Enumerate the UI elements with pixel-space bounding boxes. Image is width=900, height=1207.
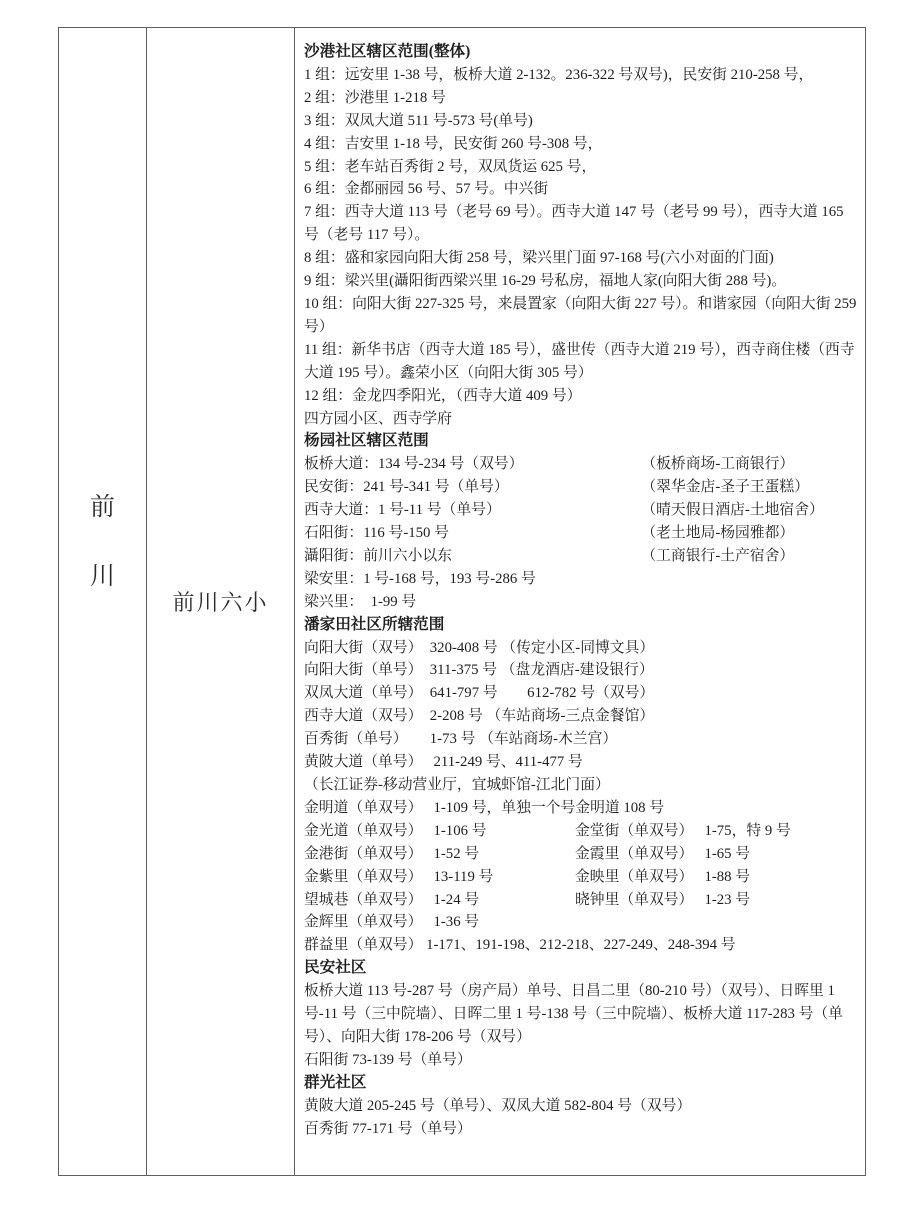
district-pair-line: 金光道（单双号） 1-106 号金堂街（单双号） 1-75，特 9 号: [304, 820, 857, 843]
district-line: 9 组：梁兴里(灄阳街西梁兴里 16-29 号私房，福地人家(向阳大街 288 …: [304, 270, 857, 293]
pair-left-text: 金港街（单双号） 1-52 号: [304, 843, 575, 866]
pair-left-text: 金紫里（单双号） 13-119 号: [304, 866, 575, 889]
pair-right-text: （老土地局-杨园雅都）: [641, 522, 794, 545]
pair-left-text: 石阳街：116 号-150 号: [304, 522, 641, 545]
document-page: 前 川 前川六小 沙港社区辖区范围(整体)1 组：远安里 1-38 号，板桥大道…: [0, 0, 900, 1207]
pair-right-text: 金霞里（单双号） 1-65 号: [575, 843, 750, 866]
district-pair-line: 西寺大道：1 号-11 号（单号）（晴天假日酒店-土地宿舍）: [304, 499, 857, 522]
district-line: 8 组：盛和家园向阳大街 258 号，梁兴里门面 97-168 号(六小对面的门…: [304, 247, 857, 270]
district-line: 1 组：远安里 1-38 号，板桥大道 2-132。236-322 号双号)，民…: [304, 64, 857, 87]
district-line: 石阳街 73-139 号（单号）: [304, 1049, 857, 1072]
district-pair-line: 金紫里（单双号） 13-119 号金映里（单双号） 1-88 号: [304, 866, 857, 889]
district-line: 3 组：双凤大道 511 号-573 号(单号): [304, 110, 857, 133]
pair-right-text: 晓钟里（单双号） 1-23 号: [575, 889, 750, 912]
district-line: 10 组：向阳大街 227-325 号，来晨置家（向阳大街 227 号）。和谐家…: [304, 293, 857, 339]
district-line: 双凤大道（单号） 641-797 号 612-782 号（双号）: [304, 682, 857, 705]
district-line: 四方园小区、西寺学府: [304, 408, 857, 431]
district-line: 6 组：金都丽园 56 号、57 号。中兴街: [304, 178, 857, 201]
pair-right-text: 金堂街（单双号） 1-75，特 9 号: [575, 820, 791, 843]
district-table: 前 川 前川六小 沙港社区辖区范围(整体)1 组：远安里 1-38 号，板桥大道…: [58, 27, 866, 1176]
district-line: 群益里（单双号） 1-171、191-198、212-218、227-249、2…: [304, 934, 857, 957]
district-line: 金辉里（单双号） 1-36 号: [304, 911, 857, 934]
pair-left-text: 望城巷（单双号） 1-24 号: [304, 889, 575, 912]
region-name-vertical: 前 川: [90, 487, 115, 592]
pair-right-text: （工商银行-土产宿舍）: [641, 545, 794, 568]
region-char-2: 川: [90, 556, 115, 592]
pair-right-text: （板桥商场-工商银行）: [641, 453, 794, 476]
district-pair-line: 灄阳街：前川六小以东（工商银行-土产宿舍）: [304, 545, 857, 568]
district-line: 板桥大道 113 号-287 号（房产局）单号、日昌二里（80-210 号）（双…: [304, 980, 857, 1049]
pair-right-text: （翠华金店-圣子王蛋糕）: [641, 476, 809, 499]
district-line: 黄陂大道 205-245 号（单号）、双凤大道 582-804 号（双号）: [304, 1095, 857, 1118]
district-content: 沙港社区辖区范围(整体)1 组：远安里 1-38 号，板桥大道 2-132。23…: [295, 28, 865, 1175]
region-char-1: 前: [90, 487, 115, 523]
district-line: 百秀街（单号） 1-73 号 （车站商场-木兰宫）: [304, 728, 857, 751]
pair-left-text: 西寺大道：1 号-11 号（单号）: [304, 499, 641, 522]
region-cell: 前 川: [59, 28, 147, 1175]
district-line: 百秀街 77-171 号（单号）: [304, 1118, 857, 1141]
district-pair-line: 民安街：241 号-341 号（单号）（翠华金店-圣子王蛋糕）: [304, 476, 857, 499]
district-line: 梁兴里： 1-99 号: [304, 591, 857, 614]
district-line: 5 组：老车站百秀街 2 号，双凤货运 625 号，: [304, 156, 857, 179]
district-line: 黄陂大道（单号） 211-249 号、411-477 号: [304, 751, 857, 774]
section-header: 沙港社区辖区范围(整体): [304, 41, 857, 64]
section-header: 杨园社区辖区范围: [304, 430, 857, 453]
district-line: 7 组：西寺大道 113 号（老号 69 号）。西寺大道 147 号（老号 99…: [304, 201, 857, 247]
section-header: 群光社区: [304, 1072, 857, 1095]
pair-left-text: 灄阳街：前川六小以东: [304, 545, 641, 568]
district-line: 11 组：新华书店（西寺大道 185 号），盛世传（西寺大道 219 号），西寺…: [304, 339, 857, 385]
district-line: 西寺大道（双号） 2-208 号 （车站商场-三点金餐馆）: [304, 705, 857, 728]
district-pair-line: 金港街（单双号） 1-52 号金霞里（单双号） 1-65 号: [304, 843, 857, 866]
district-pair-line: 望城巷（单双号） 1-24 号晓钟里（单双号） 1-23 号: [304, 889, 857, 912]
district-line: 向阳大街（单号） 311-375 号 （盘龙酒店-建设银行）: [304, 659, 857, 682]
district-line: 12 组：金龙四季阳光，（西寺大道 409 号）: [304, 385, 857, 408]
section-header: 潘家田社区所辖范围: [304, 614, 857, 637]
pair-right-text: （晴天假日酒店-土地宿舍）: [641, 499, 824, 522]
district-pair-line: 板桥大道：134 号-234 号（双号）（板桥商场-工商银行）: [304, 453, 857, 476]
district-line: （长江证券-移动营业厅，宜城虾馆-江北门面）: [304, 774, 857, 797]
pair-right-text: 金映里（单双号） 1-88 号: [575, 866, 750, 889]
school-name: 前川六小: [172, 586, 268, 617]
district-line: 2 组：沙港里 1-218 号: [304, 87, 857, 110]
pair-left-text: 民安街：241 号-341 号（单号）: [304, 476, 641, 499]
district-line: 梁安里：1 号-168 号，193 号-286 号: [304, 568, 857, 591]
district-line: 向阳大街（双号） 320-408 号 （传定小区-同博文具）: [304, 637, 857, 660]
district-line: 金明道（单双号） 1-109 号，单独一个号金明道 108 号: [304, 797, 857, 820]
pair-left-text: 金光道（单双号） 1-106 号: [304, 820, 575, 843]
pair-left-text: 板桥大道：134 号-234 号（双号）: [304, 453, 641, 476]
school-cell: 前川六小: [147, 28, 295, 1175]
district-line: 4 组：吉安里 1-18 号，民安街 260 号-308 号，: [304, 133, 857, 156]
section-header: 民安社区: [304, 957, 857, 980]
district-pair-line: 石阳街：116 号-150 号（老土地局-杨园雅都）: [304, 522, 857, 545]
